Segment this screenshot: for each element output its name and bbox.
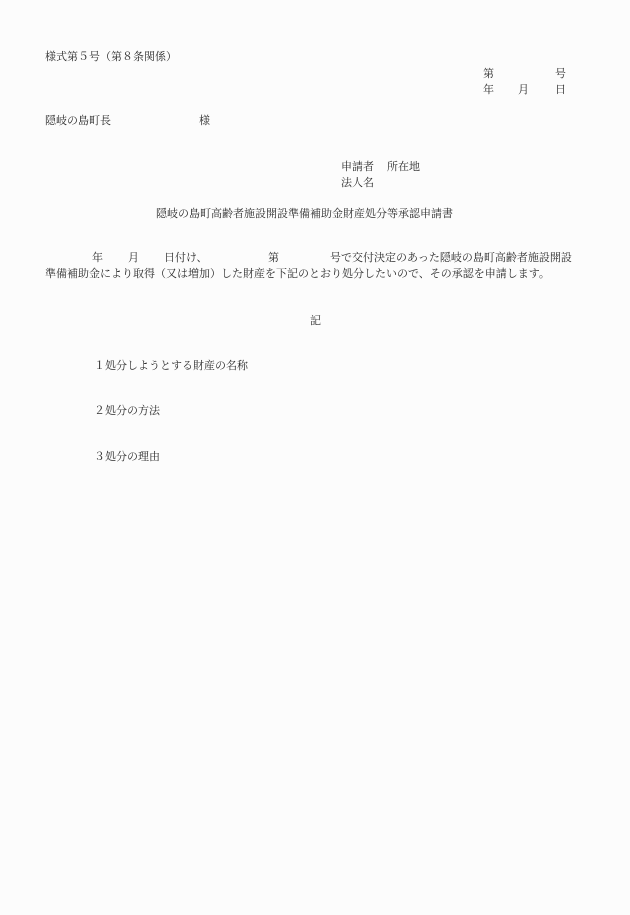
body-day-suffix: 日付け、 [164, 252, 208, 263]
doc-number-dai: 第 [483, 68, 494, 79]
applicant-address-label: 所在地 [387, 161, 420, 172]
doc-date-day: 日 [555, 84, 566, 95]
body-line2: 準備補助金により取得（又は増加）した財産を下記のとおり処分したいので、その承認を… [45, 268, 550, 279]
doc-date-year: 年 [483, 84, 494, 95]
form-number: 様式第５号（第８条関係） [45, 51, 177, 62]
item-disposal-reason: ３処分の理由 [94, 451, 160, 462]
body-dai: 第 [268, 252, 279, 263]
doc-number-go: 号 [555, 68, 566, 79]
doc-date-month: 月 [518, 84, 529, 95]
addressee-name: 隠岐の島町長 [45, 115, 111, 126]
addressee-honorific: 様 [199, 115, 210, 126]
document-page: 様式第５号（第８条関係） 第 号 年 月 日 隠岐の島町長 様 申請者 所在地 … [0, 0, 630, 915]
body-line1-rest: 号で交付決定のあった隠岐の島町高齢者施設開設 [330, 252, 572, 263]
ki-heading: 記 [310, 315, 321, 326]
document-title: 隠岐の島町高齢者施設開設準備補助金財産処分等承認申請書 [156, 208, 453, 219]
applicant-corp-name-label: 法人名 [341, 177, 374, 188]
body-year: 年 [92, 252, 103, 263]
item-property-name: １処分しようとする財産の名称 [94, 360, 248, 371]
body-month: 月 [128, 252, 139, 263]
item-disposal-method: ２処分の方法 [94, 405, 160, 416]
applicant-label: 申請者 [341, 161, 374, 172]
